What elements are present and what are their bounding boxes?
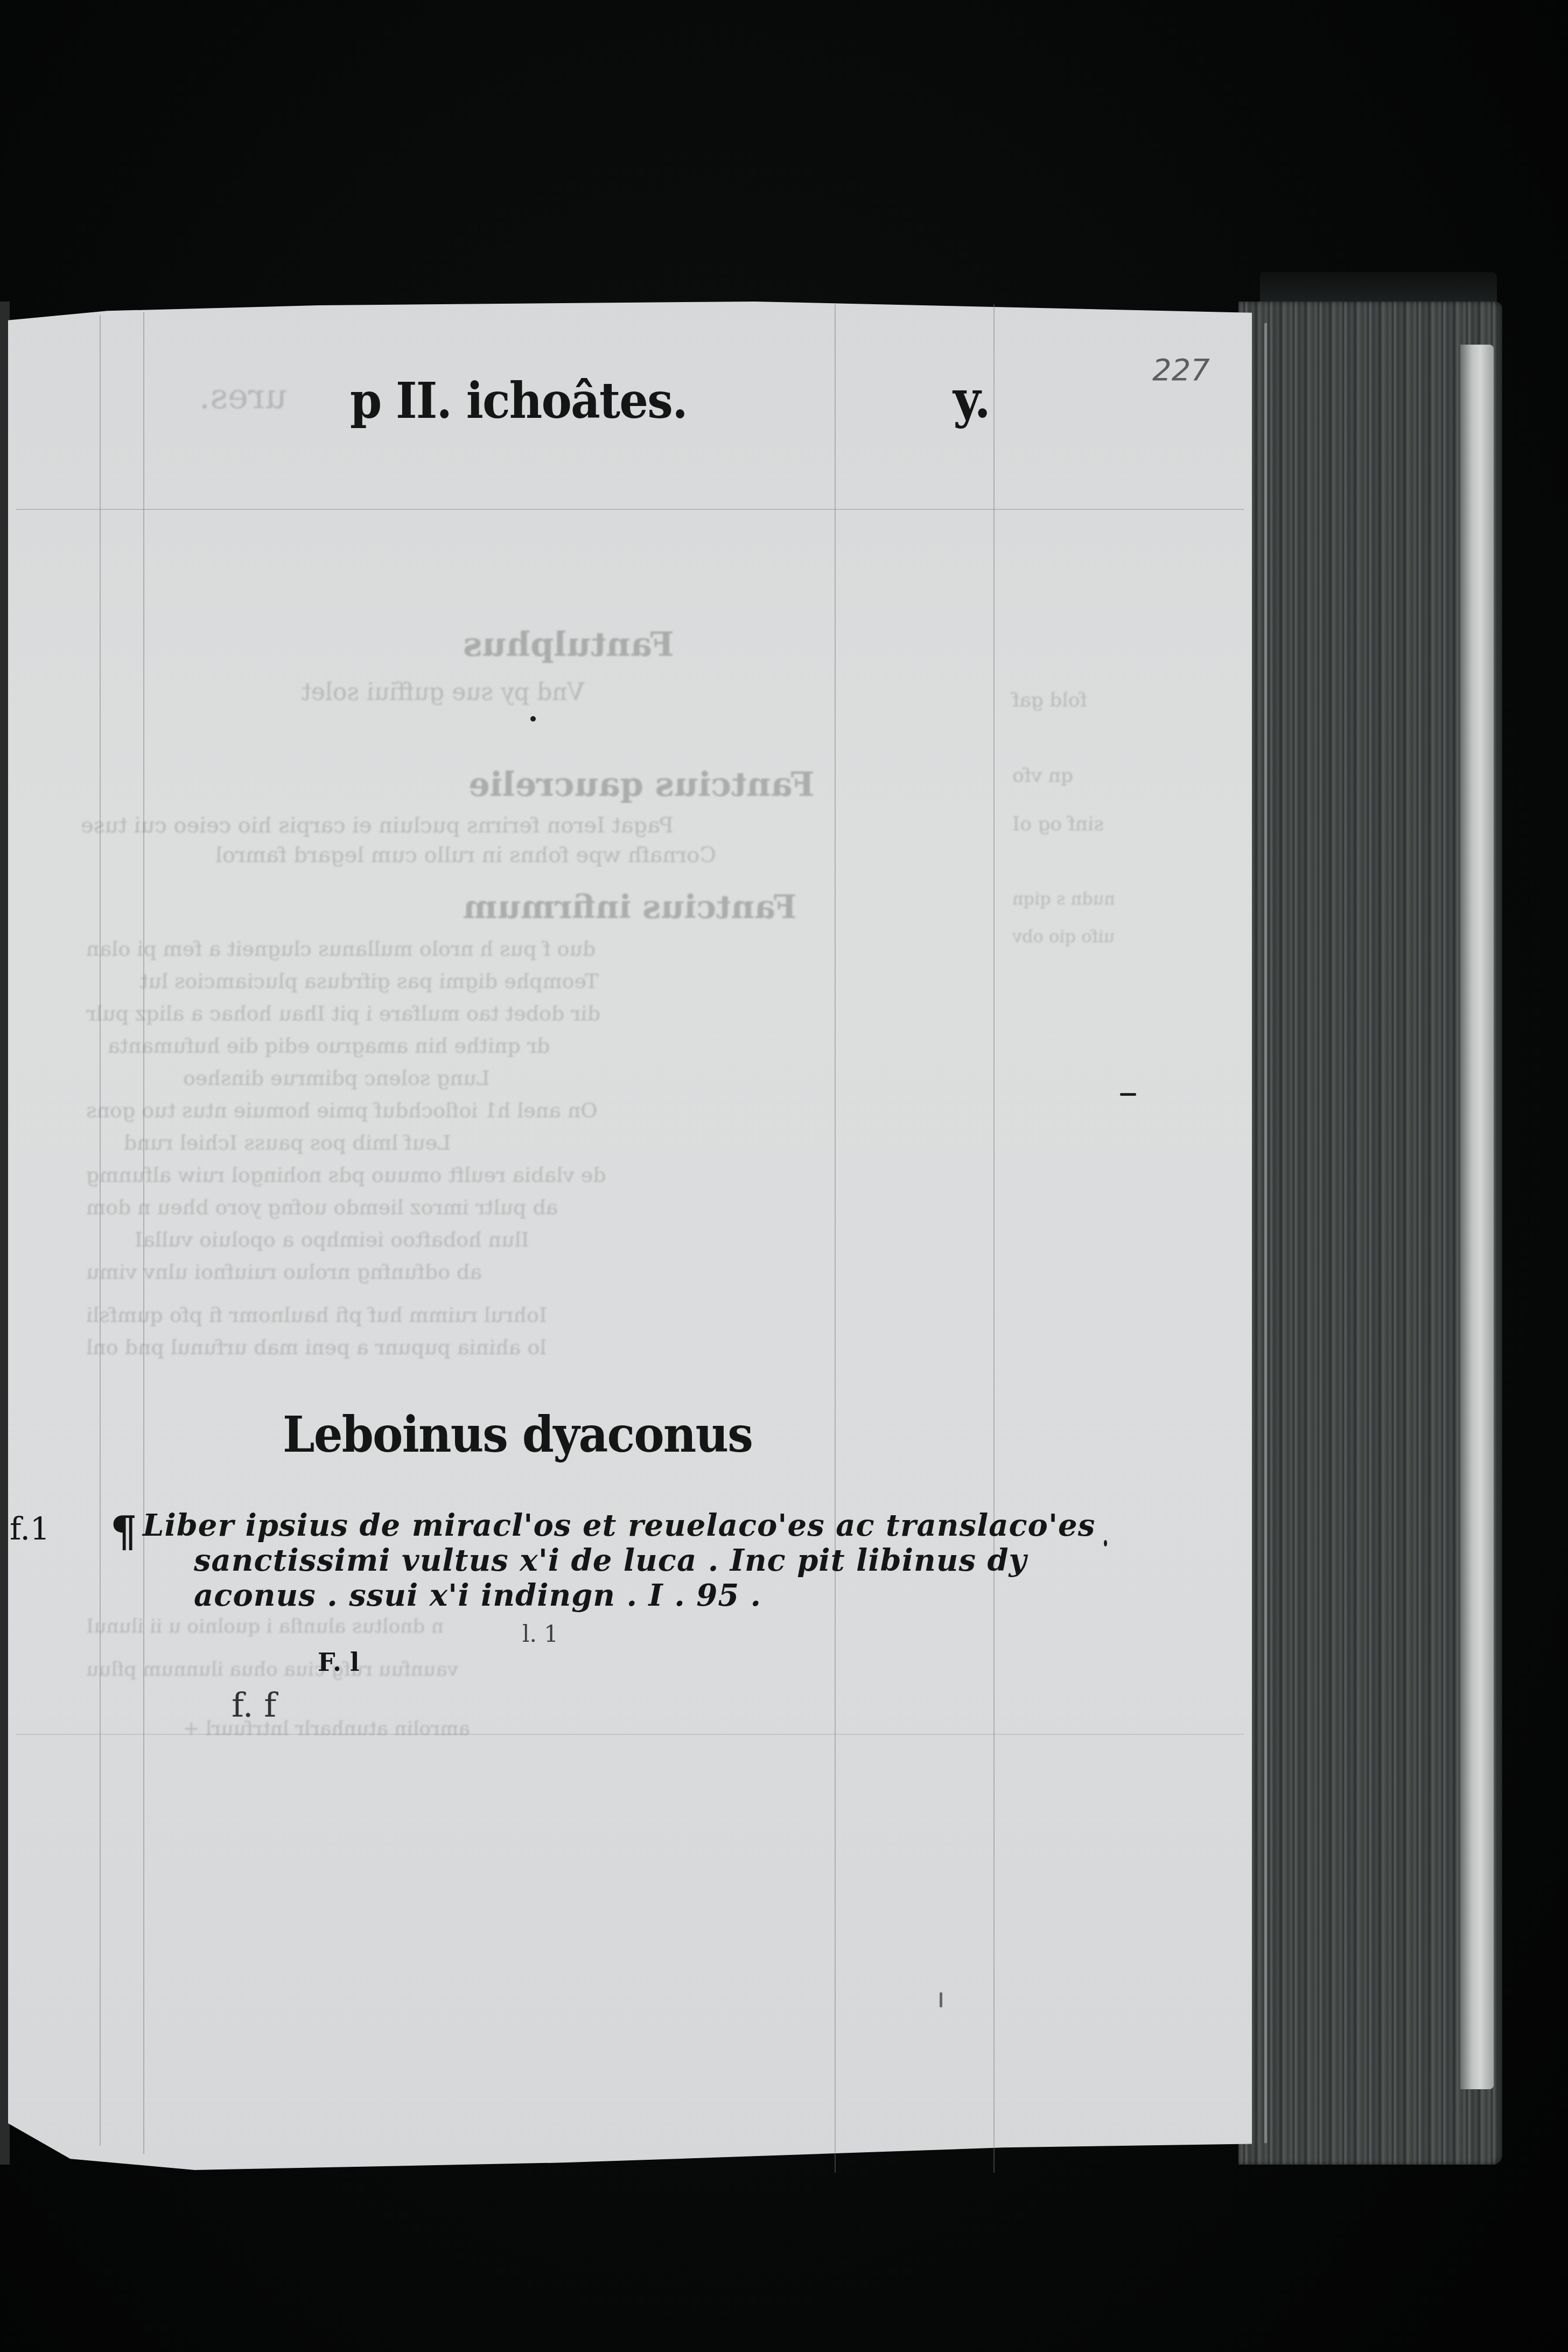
bleed-through-line: duo f pus h nrolo mullanus clugneit a fe… — [86, 937, 596, 961]
margin-note-left: f.1 — [10, 1510, 50, 1547]
bleed-through-margin: uifo qio obv — [1012, 926, 1115, 947]
bleed-through-line: lo ahinia pupunr a peni mab urfunul pnd … — [86, 1335, 546, 1359]
bleed-through-line: vaunfuu rufg ciua ohua ilunnum pfluu — [86, 1658, 458, 1681]
ink-speck — [940, 1992, 942, 2007]
lower-mark: F. l — [318, 1648, 360, 1677]
bleed-through-margin: sinf og oI — [1012, 813, 1104, 835]
bleed-through-margin: nudn s qiqn — [1012, 888, 1115, 909]
folio-number: 227 — [1152, 353, 1210, 388]
bleed-through-line: Ilun hobaftoo ieimhpo a opoluio vullaI — [135, 1228, 529, 1251]
bleed-through-line: dir dobet tao mulfare i pit Ihau hohac a… — [86, 1002, 600, 1025]
paragraph-mark: ¶ — [110, 1508, 137, 1557]
bleed-through-line: ab pultr imroz liemdo uofng yoro bheu n … — [86, 1195, 558, 1219]
ruling-line-horizontal — [16, 509, 1244, 510]
bleed-through-line: n dnoltus alunfla i quolnio u ii ilunuI — [86, 1615, 444, 1637]
entry-line-1: Liber ipsius de miracl'os et reuelaco'es… — [143, 1508, 1095, 1543]
ink-speck — [1104, 1540, 1107, 1546]
bleed-through-line: Leuf lmib pos pauss Ichiel rund — [124, 1131, 451, 1154]
bleed-through-fragment: ures. — [199, 377, 287, 417]
bleed-through-heading: Fantcius infirmum — [463, 888, 796, 926]
lower-mark: f. f — [232, 1685, 276, 1725]
bleed-through-heading: Fantulphus — [463, 625, 674, 664]
bleed-through-line: Cornafh wpe fohns in rullo cum legard fa… — [215, 843, 716, 867]
bleed-through-line: Teomphe digmi pas gifrdusa pluciamcios l… — [140, 969, 598, 993]
bleed-through-line: amrolin atunharlr lntrfuurl + — [183, 1718, 470, 1740]
bleed-through-line: dr qnithe hin amagruo ediq die hufumanta — [108, 1034, 550, 1058]
entry-heading: Leboinus dyaconus — [283, 1405, 752, 1464]
bleed-through-margin: qn vfo — [1012, 765, 1073, 787]
bleed-through-line: Lung solenc pdimrue dinsheo — [183, 1066, 490, 1090]
fore-edge-light-strip — [1460, 345, 1494, 2089]
running-title: p II. ichoâtes. — [350, 372, 687, 430]
ruling-line-vertical — [993, 304, 995, 2173]
bleed-through-line: Iohrul ruimm huf pfi haulnomr fi pfo qum… — [86, 1303, 547, 1327]
entry-line-2: sanctissimi vultus x'i de luca . Inc pit… — [194, 1543, 1027, 1578]
ruling-line-vertical — [835, 304, 836, 2173]
entry-line-3: aconus . ssui x'i indingn . I . 95 . — [194, 1578, 761, 1613]
bleed-through-line: de vlabia reulft omuuo pds nohingol ruiw… — [86, 1163, 606, 1187]
bleed-through-line: Pagat Ieron ferirns pucluin ei carpis hi… — [81, 813, 674, 838]
bleed-through-line: On anel h1 ioflochduf pmie homuie ntus t… — [86, 1098, 598, 1122]
section-mark: y. — [953, 369, 990, 430]
ruling-line-vertical — [100, 315, 101, 2146]
ink-speck — [530, 716, 536, 722]
bleed-through-heading: Fantcius qaucrelie — [468, 765, 814, 804]
ink-speck — [1120, 1093, 1136, 1096]
bleed-through-line: Vnd py sue guffiui solet — [302, 678, 584, 706]
fore-edge-highlight — [1264, 323, 1267, 2143]
bleed-through-line: ab odfunfng nroluo ruiufnoi ulnv vimu — [86, 1260, 482, 1284]
bleed-through-margin: fold gaf — [1012, 689, 1087, 711]
lower-mark: l. 1 — [522, 1621, 558, 1647]
